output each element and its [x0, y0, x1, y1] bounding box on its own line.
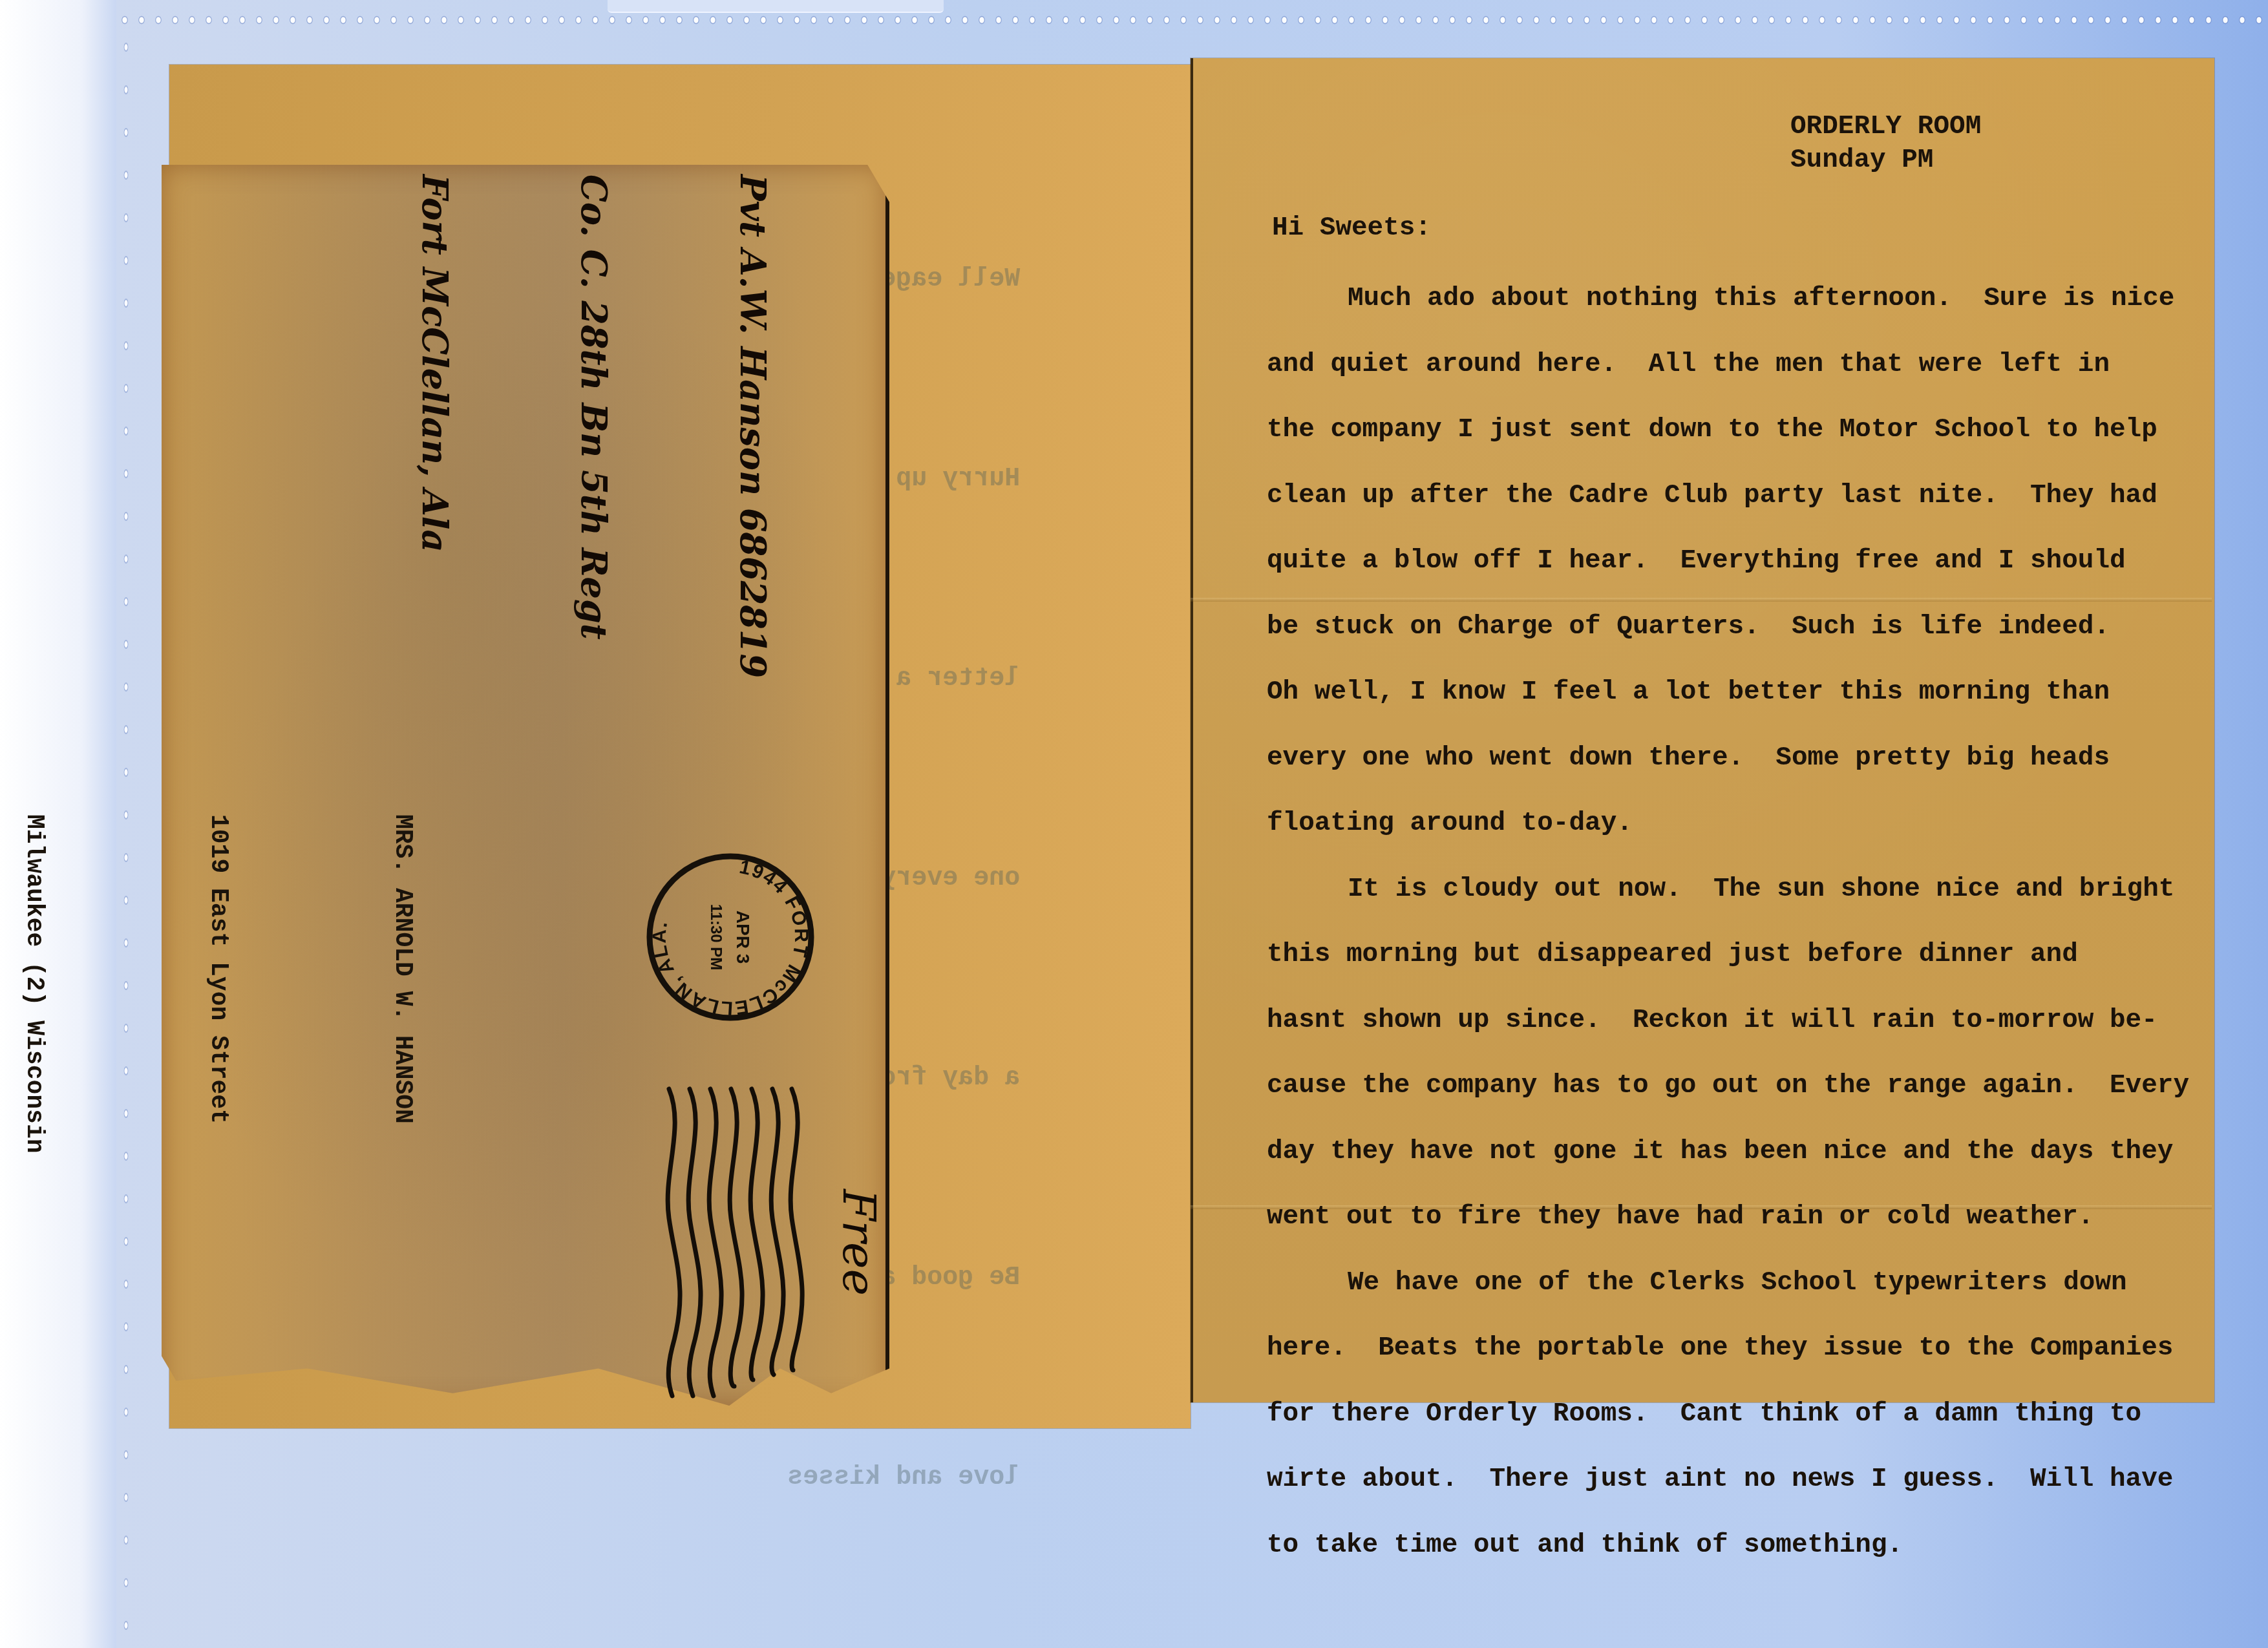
- recipient-name: MRS. ARNOLD W. HANSON: [372, 814, 433, 1228]
- return-address-unit: Co. C. 28th Bn 5th Regt: [567, 174, 620, 666]
- postmark-location: FORT McCLELLAN, ALA.: [649, 893, 812, 1019]
- free-franking-text: Free: [832, 1189, 885, 1296]
- letter-line: this morning but disappeared just before…: [1267, 935, 2189, 1001]
- letter-line: floating around to-day.: [1267, 804, 2189, 870]
- postmark-time: 11:30 PM: [707, 904, 725, 971]
- letter-line: hasnt shown up since. Reckon it will rai…: [1267, 1001, 2189, 1067]
- letter-line: quite a blow off I hear. Everything free…: [1267, 542, 2189, 607]
- bleed-line: love and kisses: [260, 1444, 1020, 1511]
- return-address-name: Pvt A.W. Hanson 6862819: [726, 174, 779, 666]
- letter-line: here. Beats the portable one they issue …: [1267, 1329, 2189, 1395]
- letter-greeting: Hi Sweets:: [1272, 213, 1431, 243]
- letter-body: Much ado about nothing this afternoon. S…: [1267, 279, 2189, 1591]
- sleeve-perforation-top: [116, 13, 2268, 27]
- postmark-stamp: 1944 FORT McCLELLAN, ALA. APR 3 11:30 PM: [640, 847, 821, 1028]
- letter-line: every one who went down there. Some pret…: [1267, 739, 2189, 805]
- recipient-street: 1019 East Lyon Street: [187, 814, 249, 1228]
- letter-line: We have one of the Clerks School typewri…: [1267, 1263, 2189, 1329]
- envelope-recipient-address: MRS. ARNOLD W. HANSON 1019 East Lyon Str…: [362, 814, 556, 1228]
- letter-line: Much ado about nothing this afternoon. S…: [1267, 279, 2189, 345]
- letter-date: Sunday PM: [1790, 143, 1981, 177]
- cancellation-wave-icon: [656, 1076, 811, 1399]
- letter-line: wirte about. There just aint no news I g…: [1267, 1460, 2189, 1526]
- letter-line: for there Orderly Rooms. Cant think of a…: [1267, 1395, 2189, 1461]
- wavy-cancellation-lines: [656, 1076, 811, 1399]
- sleeve-tab: [608, 0, 944, 13]
- letter-heading: ORDERLY ROOM Sunday PM: [1790, 110, 1981, 177]
- postmark-date: APR 3: [733, 911, 753, 964]
- letter-line: Oh well, I know I feel a lot better this…: [1267, 673, 2189, 739]
- recipient-city: Milwaukee (2) Wisconsin: [3, 814, 65, 1228]
- letter-line: day they have not gone it has been nice …: [1267, 1132, 2189, 1198]
- letter-line: and quiet around here. All the men that …: [1267, 345, 2189, 411]
- letter-line: the company I just sent down to the Moto…: [1267, 410, 2189, 476]
- return-address-location: Fort McClellan, Ala: [408, 174, 461, 666]
- free-franking-mark: Free: [821, 1189, 885, 1357]
- envelope-return-address: Pvt A.W. Hanson 6862819 Co. C. 28th Bn 5…: [698, 174, 885, 640]
- postmark-icon: 1944 FORT McCLELLAN, ALA. APR 3 11:30 PM: [640, 847, 821, 1028]
- letter-line: to take time out and think of something.: [1267, 1526, 2189, 1592]
- letterhead-location: ORDERLY ROOM: [1790, 110, 1981, 143]
- letter-line: went out to fire they have had rain or c…: [1267, 1198, 2189, 1263]
- letter-line: be stuck on Charge of Quarters. Such is …: [1267, 607, 2189, 673]
- letter-line: It is cloudy out now. The sun shone nice…: [1267, 870, 2189, 936]
- letter-line: cause the company has to go out on the r…: [1267, 1066, 2189, 1132]
- letter-line: clean up after the Cadre Club party last…: [1267, 476, 2189, 542]
